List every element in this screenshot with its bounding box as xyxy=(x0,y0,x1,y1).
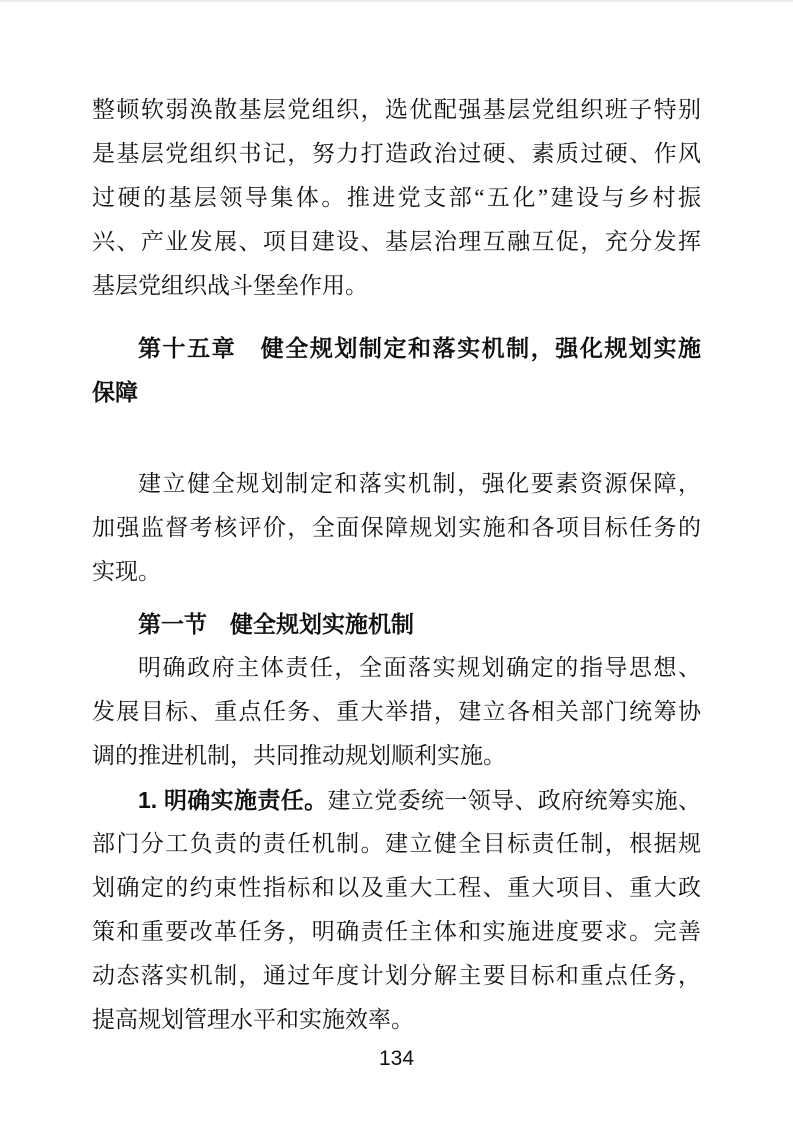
body-text-run: 建立党委统一领导、政府统筹实施、 xyxy=(328,788,701,813)
body-line: 是基层党组织书记，努力打造政治过硬、素质过硬、作风 xyxy=(92,132,701,176)
item-number-and-title: 1. 明确实施责任。 xyxy=(138,787,328,813)
chapter-heading: 第十五章 健全规划制定和落实机制，强化规划实施 保障 xyxy=(92,326,701,414)
body-line: 整顿软弱涣散基层党组织，选优配强基层党组织班子特别 xyxy=(92,88,701,132)
body-line: 调的推进机制，共同推动规划顺利实施。 xyxy=(92,734,701,778)
chapter-heading-line: 保障 xyxy=(92,370,701,414)
document-page: 整顿软弱涣散基层党组织，选优配强基层党组织班子特别 是基层党组织书记，努力打造政… xyxy=(0,0,793,1122)
section-heading: 第一节 健全规划实施机制 xyxy=(92,602,701,646)
body-line: 明确政府主体责任，全面落实规划确定的指导思想、 xyxy=(92,646,701,690)
body-line: 发展目标、重点任务、重大举措，建立各相关部门统筹协 xyxy=(92,690,701,734)
page-content: 整顿软弱涣散基层党组织，选优配强基层党组织班子特别 是基层党组织书记，努力打造政… xyxy=(92,88,701,1042)
paragraph-chapter-intro: 建立健全规划制定和落实机制，强化要素资源保障， 加强监督考核评价，全面保障规划实… xyxy=(92,462,701,594)
body-line: 1. 明确实施责任。建立党委统一领导、政府统筹实施、 xyxy=(92,778,701,822)
paragraph-basic-party-organizations: 整顿软弱涣散基层党组织，选优配强基层党组织班子特别 是基层党组织书记，努力打造政… xyxy=(92,88,701,308)
paragraph-item-1-responsibility: 1. 明确实施责任。建立党委统一领导、政府统筹实施、 部门分工负责的责任机制。建… xyxy=(92,778,701,1042)
body-line: 基层党组织战斗堡垒作用。 xyxy=(92,264,701,308)
paragraph-section-intro: 明确政府主体责任，全面落实规划确定的指导思想、 发展目标、重点任务、重大举措，建… xyxy=(92,646,701,778)
section-heading-line: 第一节 健全规划实施机制 xyxy=(92,602,701,646)
body-line: 划确定的约束性指标和以及重大工程、重大项目、重大政 xyxy=(92,866,701,910)
body-line: 实现。 xyxy=(92,550,701,594)
body-line: 加强监督考核评价，全面保障规划实施和各项目标任务的 xyxy=(92,506,701,550)
body-line: 过硬的基层领导集体。推进党支部“五化”建设与乡村振 xyxy=(92,176,701,220)
chapter-heading-line: 第十五章 健全规划制定和落实机制，强化规划实施 xyxy=(92,326,701,370)
body-line: 建立健全规划制定和落实机制，强化要素资源保障， xyxy=(92,462,701,506)
body-line: 部门分工负责的责任机制。建立健全目标责任制，根据规 xyxy=(92,822,701,866)
body-line: 策和重要改革任务，明确责任主体和实施进度要求。完善 xyxy=(92,910,701,954)
body-line: 提高规划管理水平和实施效率。 xyxy=(92,998,701,1042)
page-number: 134 xyxy=(0,1044,793,1074)
body-line: 动态落实机制，通过年度计划分解主要目标和重点任务， xyxy=(92,954,701,998)
body-line: 兴、产业发展、项目建设、基层治理互融互促，充分发挥 xyxy=(92,220,701,264)
